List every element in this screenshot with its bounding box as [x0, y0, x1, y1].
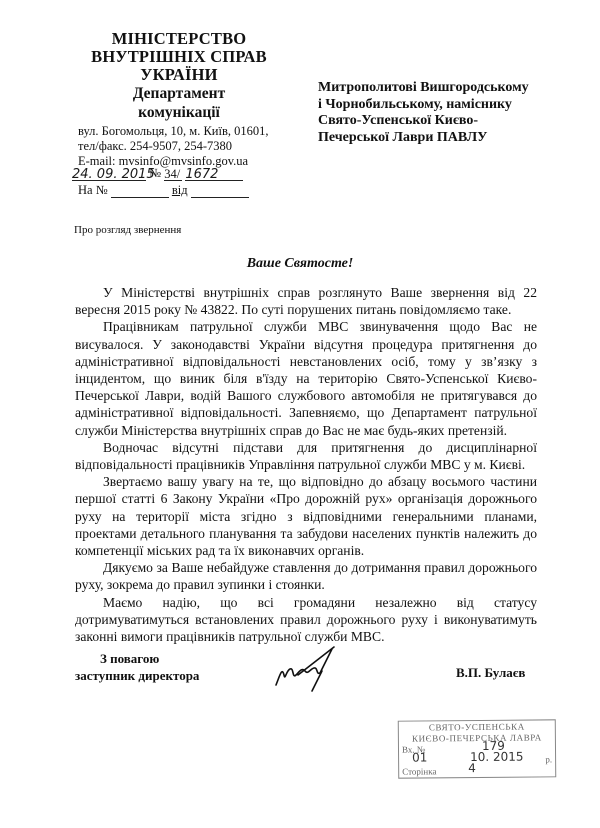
addressee-line-1: Митрополитові Вишгородському — [318, 80, 558, 97]
from-label: від — [172, 183, 188, 197]
registration-date: 24. 09. 2015 — [72, 167, 155, 182]
regards-text: З повагою — [75, 650, 199, 667]
stamp-date-day: 01 — [412, 752, 427, 763]
signer-position: заступник директора — [75, 667, 199, 684]
number-label: № — [149, 166, 161, 180]
body-paragraph: Працівникам патрульної служби МВС звинув… — [75, 318, 537, 438]
body-paragraph: Звертаємо вашу увагу на те, що відповідн… — [75, 473, 537, 559]
department-line-2: комунікації — [74, 103, 284, 122]
body-paragraph: Маємо надію, що всі громадяни незалежно … — [75, 594, 537, 646]
closing-block: З повагою заступник директора — [75, 650, 199, 684]
stamp-pages-value: 4 — [468, 763, 476, 774]
letter-page: МІНІСТЕРСТВО ВНУТРІШНІХ СПРАВ УКРАЇНИ Де… — [0, 0, 600, 828]
body-paragraph: У Міністерстві внутрішніх справ розгляну… — [75, 284, 537, 318]
address: вул. Богомольця, 10, м. Київ, 01601, — [78, 124, 284, 139]
phone-fax: тел/факс. 254-9507, 254-7380 — [78, 139, 284, 154]
addressee-line-4: Печерської Лаври ПАВЛУ — [318, 130, 558, 147]
department-line-1: Департамент — [74, 84, 284, 103]
ministry-name-line-2: ВНУТРІШНІХ СПРАВ — [74, 48, 284, 66]
salutation: Ваше Святосте! — [0, 256, 600, 272]
registration-block: 24. 09. 2015 № 34/ 1672 На № від — [72, 166, 272, 200]
addressee-line-3: Свято-Успенської Києво- — [318, 113, 558, 130]
handwritten-signature-icon — [272, 645, 342, 695]
letterhead: МІНІСТЕРСТВО ВНУТРІШНІХ СПРАВ УКРАЇНИ Де… — [74, 30, 284, 169]
ministry-name-line-3: УКРАЇНИ — [74, 66, 284, 84]
contact-block: вул. Богомольця, 10, м. Київ, 01601, тел… — [74, 124, 284, 169]
signer-name: В.П. Булаєв — [456, 665, 525, 681]
addressee-block: Митрополитові Вишгородському і Чорнобиль… — [318, 80, 558, 146]
incoming-registration-stamp: СВЯТО-УСПЕНСЬКА КИЄВО-ПЕЧЕРСЬКА ЛАВРА Вх… — [398, 719, 557, 778]
addressee-line-2: і Чорнобильському, наміснику — [318, 97, 558, 114]
stamp-year-suffix: р. — [545, 754, 552, 765]
body-paragraph: Дякуємо за Ваше небайдуже ставлення до д… — [75, 559, 537, 593]
registration-number: 1672 — [185, 167, 218, 182]
body-paragraph: Водночас відсутні підстави для притягнен… — [75, 439, 537, 473]
stamp-date-rest: 10. 2015 — [470, 752, 524, 763]
stamp-pages-label: Сторінка — [402, 766, 436, 776]
reply-number-label: На № — [78, 183, 108, 197]
subject-line: Про розгляд звернення — [74, 224, 181, 236]
number-prefix: 34/ — [164, 167, 180, 181]
letter-body: У Міністерстві внутрішніх справ розгляну… — [75, 284, 537, 645]
ministry-name-line-1: МІНІСТЕРСТВО — [74, 30, 284, 48]
